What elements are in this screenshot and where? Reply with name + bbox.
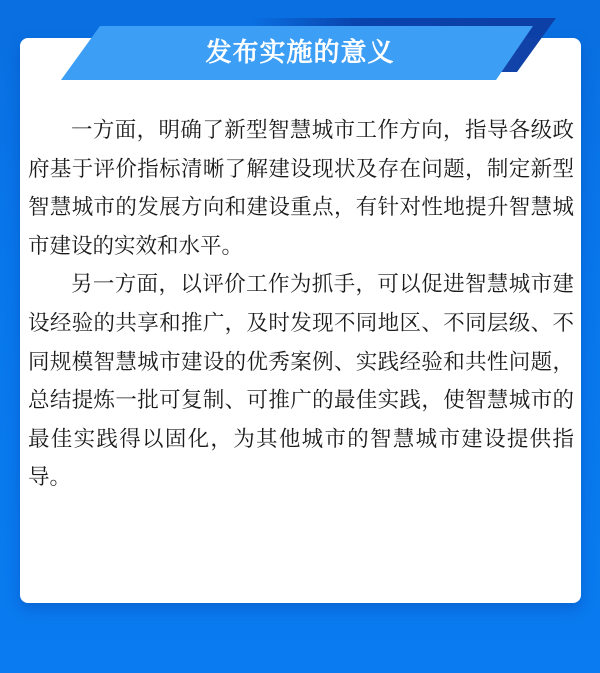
body-text: 一方面，明确了新型智慧城市工作方向，指导各级政府基于评价指标清晰了解建设现状及存… [28, 112, 574, 498]
paragraph-2: 另一方面，以评价工作为抓手，可以促进智慧城市建设经验的共享和推广，及时发现不同地… [28, 266, 574, 498]
paragraph-1: 一方面，明确了新型智慧城市工作方向，指导各级政府基于评价指标清晰了解建设现状及存… [28, 112, 574, 266]
